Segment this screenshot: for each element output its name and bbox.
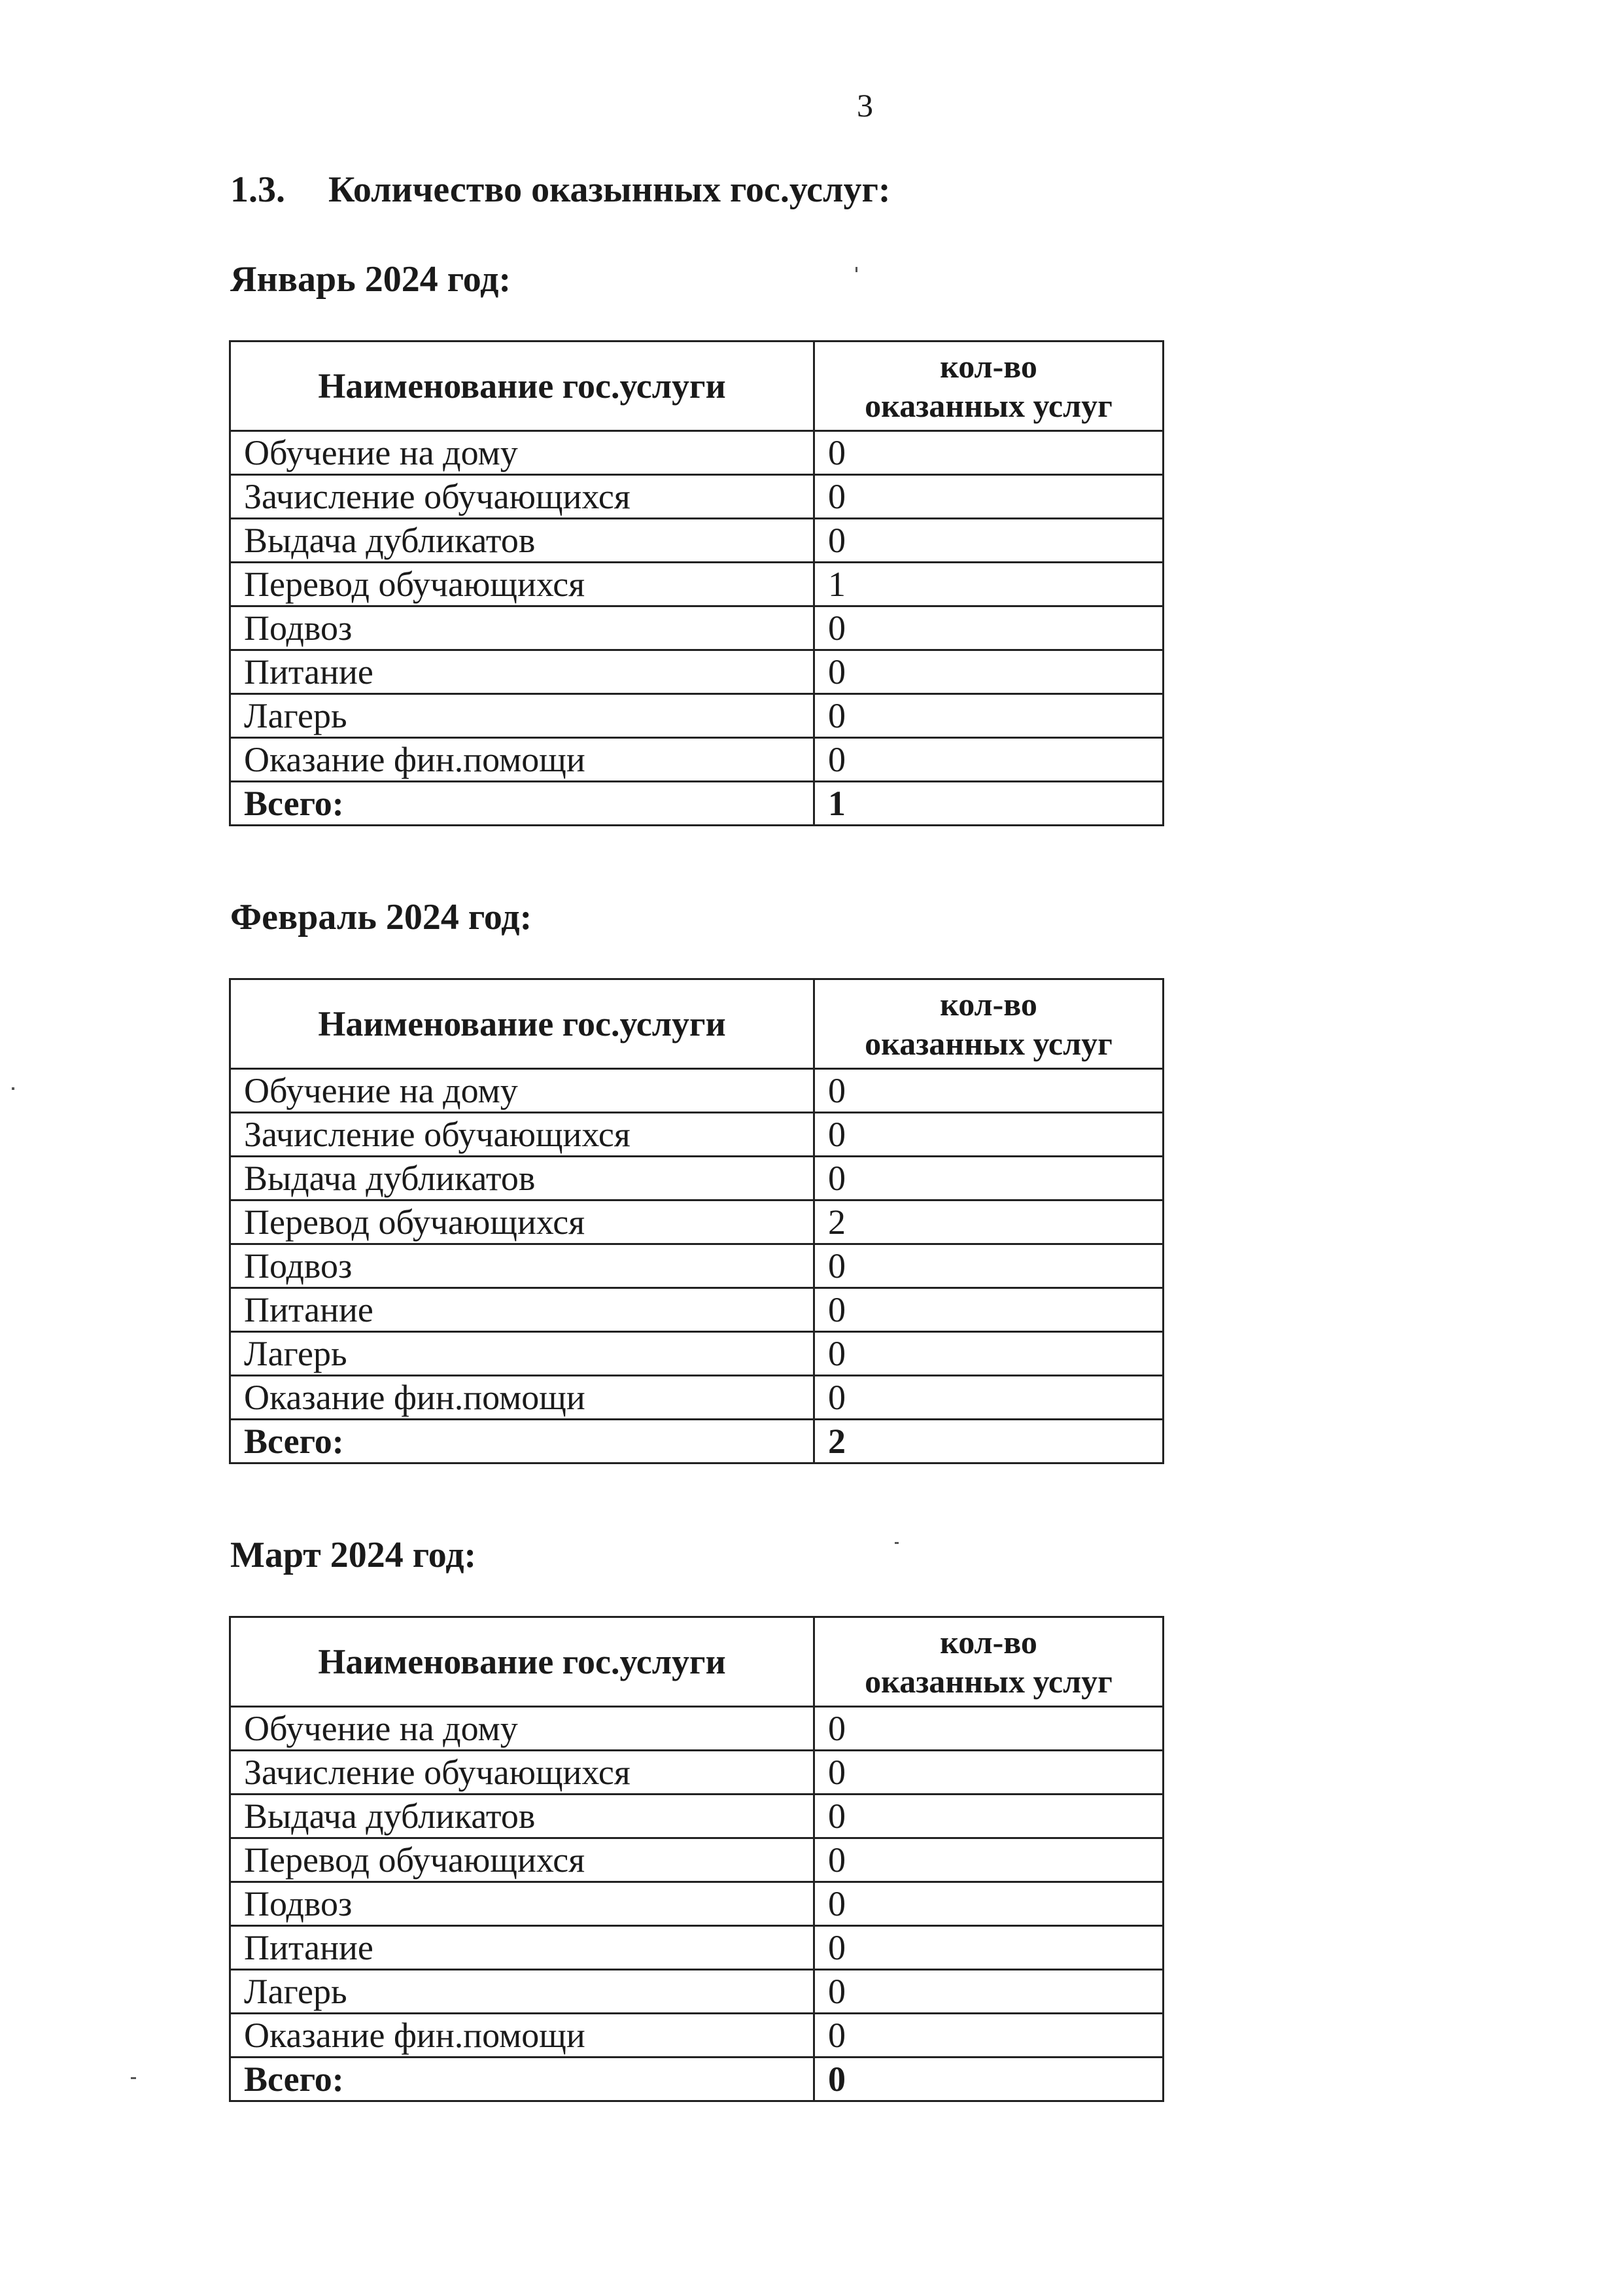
table-row: Перевод обучающихся2 — [230, 1200, 1164, 1244]
header-service-name: Наименование гос.услуги — [230, 979, 814, 1069]
service-count: 0 — [814, 1069, 1164, 1113]
table-row: Зачисление обучающихся0 — [230, 1751, 1164, 1795]
service-count: 0 — [814, 431, 1164, 475]
service-count: 0 — [814, 694, 1164, 738]
service-name: Подвоз — [230, 1244, 814, 1288]
total-label: Всего: — [230, 1420, 814, 1463]
service-count: 0 — [814, 1376, 1164, 1420]
service-name: Выдача дубликатов — [230, 519, 814, 563]
service-count: 2 — [814, 1200, 1164, 1244]
service-name: Подвоз — [230, 606, 814, 650]
header-service-count: кол-вооказанных услуг — [814, 342, 1164, 431]
header-count-line1: кол-во — [828, 985, 1149, 1024]
header-count-line1: кол-во — [828, 347, 1149, 386]
section-title: Количество оказынных гос.услуг: — [328, 169, 891, 210]
month-title: Февраль 2024 год: — [230, 896, 532, 938]
service-count: 1 — [814, 563, 1164, 606]
month-title: Январь 2024 год: — [230, 258, 511, 300]
table-row: Оказание фин.помощи0 — [230, 738, 1164, 782]
table-header-row: Наименование гос.услугикол-вооказанных у… — [230, 342, 1164, 431]
table-row: Обучение на дому0 — [230, 1069, 1164, 1113]
total-value: 1 — [814, 782, 1164, 826]
service-name: Питание — [230, 1926, 814, 1970]
service-count: 0 — [814, 1244, 1164, 1288]
service-count: 0 — [814, 1970, 1164, 2014]
service-count: 0 — [814, 1751, 1164, 1795]
service-count: 0 — [814, 1288, 1164, 1332]
total-label: Всего: — [230, 782, 814, 826]
total-row: Всего:0 — [230, 2058, 1164, 2101]
scan-speck — [895, 1542, 899, 1544]
service-name: Обучение на дому — [230, 431, 814, 475]
total-value: 0 — [814, 2058, 1164, 2101]
total-label: Всего: — [230, 2058, 814, 2101]
service-name: Выдача дубликатов — [230, 1157, 814, 1200]
table-row: Перевод обучающихся0 — [230, 1838, 1164, 1882]
month-title: Март 2024 год: — [230, 1534, 476, 1576]
service-count: 0 — [814, 475, 1164, 519]
table-row: Выдача дубликатов0 — [230, 1157, 1164, 1200]
service-name: Подвоз — [230, 1882, 814, 1926]
table-row: Подвоз0 — [230, 1244, 1164, 1288]
table-row: Обучение на дому0 — [230, 1707, 1164, 1751]
header-service-name: Наименование гос.услуги — [230, 1617, 814, 1707]
table-header-row: Наименование гос.услугикол-вооказанных у… — [230, 979, 1164, 1069]
service-count: 0 — [814, 1926, 1164, 1970]
section-heading: 1.3.Количество оказынных гос.услуг: — [230, 169, 891, 211]
page-number: 3 — [857, 86, 873, 124]
services-table: Наименование гос.услугикол-вооказанных у… — [229, 978, 1164, 1464]
section-number: 1.3. — [230, 169, 328, 211]
header-service-name: Наименование гос.услуги — [230, 342, 814, 431]
service-name: Перевод обучающихся — [230, 1200, 814, 1244]
service-name: Лагерь — [230, 1970, 814, 2014]
service-name: Оказание фин.помощи — [230, 738, 814, 782]
service-count: 0 — [814, 1113, 1164, 1157]
total-row: Всего:1 — [230, 782, 1164, 826]
header-count-line2: оказанных услуг — [828, 386, 1149, 425]
table-row: Выдача дубликатов0 — [230, 519, 1164, 563]
table-row: Лагерь0 — [230, 694, 1164, 738]
service-name: Зачисление обучающихся — [230, 1113, 814, 1157]
table-row: Зачисление обучающихся0 — [230, 1113, 1164, 1157]
header-service-count: кол-вооказанных услуг — [814, 979, 1164, 1069]
service-count: 0 — [814, 1707, 1164, 1751]
scan-speck — [131, 2077, 136, 2079]
service-count: 0 — [814, 1882, 1164, 1926]
table-row: Оказание фин.помощи0 — [230, 2014, 1164, 2058]
service-name: Обучение на дому — [230, 1707, 814, 1751]
scan-speck — [12, 1087, 14, 1090]
service-name: Перевод обучающихся — [230, 563, 814, 606]
services-table: Наименование гос.услугикол-вооказанных у… — [229, 340, 1164, 826]
total-row: Всего:2 — [230, 1420, 1164, 1463]
table-row: Подвоз0 — [230, 1882, 1164, 1926]
table-row: Питание0 — [230, 1288, 1164, 1332]
table-row: Подвоз0 — [230, 606, 1164, 650]
service-name: Обучение на дому — [230, 1069, 814, 1113]
service-name: Питание — [230, 1288, 814, 1332]
total-value: 2 — [814, 1420, 1164, 1463]
service-name: Питание — [230, 650, 814, 694]
service-name: Лагерь — [230, 694, 814, 738]
service-name: Оказание фин.помощи — [230, 2014, 814, 2058]
service-count: 0 — [814, 738, 1164, 782]
service-count: 0 — [814, 1838, 1164, 1882]
service-count: 0 — [814, 606, 1164, 650]
scan-speck — [855, 267, 857, 272]
table-row: Зачисление обучающихся0 — [230, 475, 1164, 519]
table-row: Питание0 — [230, 1926, 1164, 1970]
service-count: 0 — [814, 1332, 1164, 1376]
service-count: 0 — [814, 2014, 1164, 2058]
header-service-count: кол-вооказанных услуг — [814, 1617, 1164, 1707]
header-count-line2: оказанных услуг — [828, 1024, 1149, 1063]
service-name: Зачисление обучающихся — [230, 475, 814, 519]
service-name: Лагерь — [230, 1332, 814, 1376]
service-name: Оказание фин.помощи — [230, 1376, 814, 1420]
service-count: 0 — [814, 519, 1164, 563]
header-count-line1: кол-во — [828, 1622, 1149, 1662]
table-header-row: Наименование гос.услугикол-вооказанных у… — [230, 1617, 1164, 1707]
table-row: Обучение на дому0 — [230, 431, 1164, 475]
table-row: Выдача дубликатов0 — [230, 1795, 1164, 1838]
service-name: Выдача дубликатов — [230, 1795, 814, 1838]
service-count: 0 — [814, 1157, 1164, 1200]
service-count: 0 — [814, 650, 1164, 694]
table-row: Питание0 — [230, 650, 1164, 694]
table-row: Лагерь0 — [230, 1970, 1164, 2014]
service-count: 0 — [814, 1795, 1164, 1838]
table-row: Лагерь0 — [230, 1332, 1164, 1376]
table-row: Оказание фин.помощи0 — [230, 1376, 1164, 1420]
table-row: Перевод обучающихся1 — [230, 563, 1164, 606]
service-name: Перевод обучающихся — [230, 1838, 814, 1882]
services-table: Наименование гос.услугикол-вооказанных у… — [229, 1616, 1164, 2102]
header-count-line2: оказанных услуг — [828, 1662, 1149, 1701]
service-name: Зачисление обучающихся — [230, 1751, 814, 1795]
